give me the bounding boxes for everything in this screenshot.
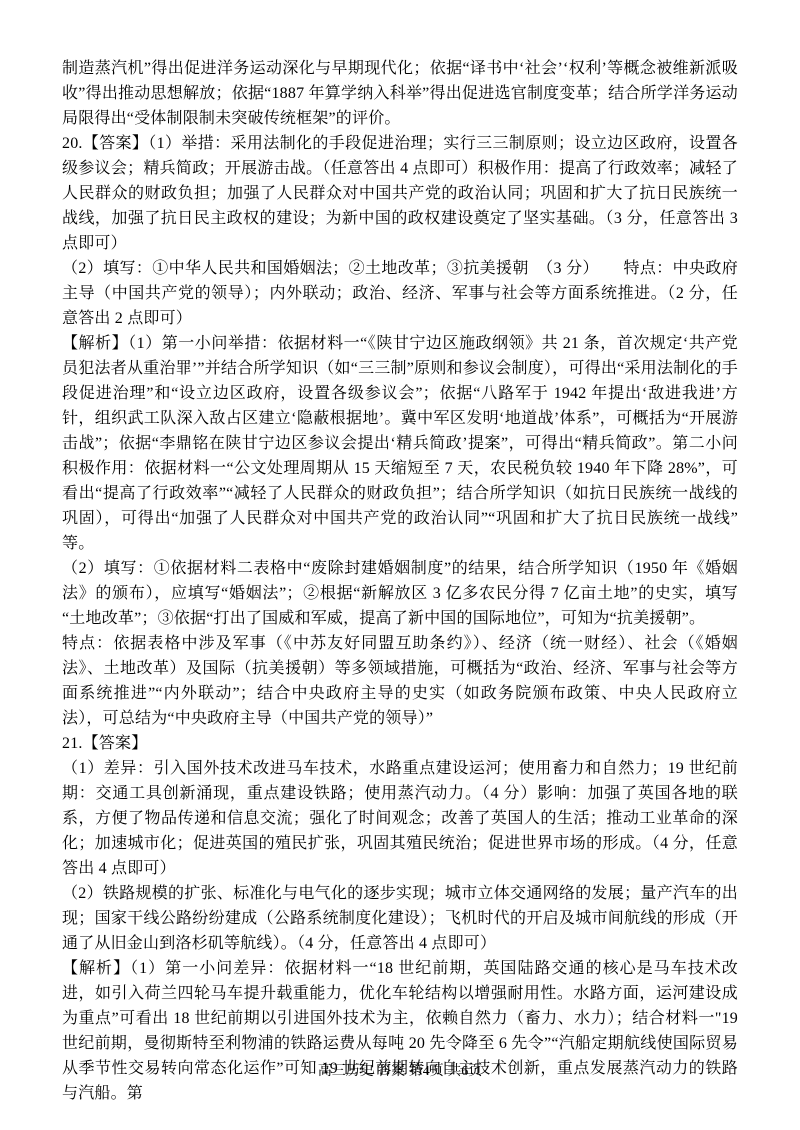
para-answer-21-part2: （2）铁路规模的扩张、标准化与电气化的逐步实现；城市立体交通网络的发展；量产汽车…	[62, 881, 738, 956]
para-analysis-20-features: 特点：依据表格中涉及军事（《中苏友好同盟互助条约》）、经济（统一财经）、社会（《…	[62, 631, 738, 731]
para-analysis-20-part1: 【解析】（1）第一小问举措：依据材料一“《陕甘宁边区施政纲领》共 21 条，首次…	[62, 331, 738, 556]
para-analysis-21-part1: 【解析】（1）第一小问差异：依据材料一“18 世纪前期，英国陆路交通的核心是马车…	[62, 956, 738, 1106]
para-continuation-q19-analysis: 制造蒸汽机”得出促进洋务运动深化与早期现代化；依据“译书中‘社会’‘权利’等概念…	[62, 56, 738, 131]
answer-sheet-page: 制造蒸汽机”得出促进洋务运动深化与早期现代化；依据“译书中‘社会’‘权利’等概念…	[0, 0, 800, 1130]
page-footer: 高三历史 答案 第4页 共6页	[0, 1062, 800, 1082]
para-answer-20-part1: 20.【答案】（1）举措：采用法制化的手段促进治理；实行三三制原则；设立边区政府…	[62, 131, 738, 256]
para-answer-20-part2: （2）填写：①中华人民共和国婚姻法；②土地改革；③抗美援朝 （3 分） 特点：中…	[62, 256, 738, 331]
page-body-text: 制造蒸汽机”得出促进洋务运动深化与早期现代化；依据“译书中‘社会’‘权利’等概念…	[62, 56, 738, 1106]
para-answer-21-heading: 21.【答案】	[62, 731, 738, 756]
para-analysis-20-part2: （2）填写：①依据材料二表格中“废除封建婚姻制度”的结果，结合所学知识（1950…	[62, 556, 738, 631]
para-answer-21-part1: （1）差异：引入国外技术改进马车技术，水路重点建设运河；使用畜力和自然力；19 …	[62, 756, 738, 881]
